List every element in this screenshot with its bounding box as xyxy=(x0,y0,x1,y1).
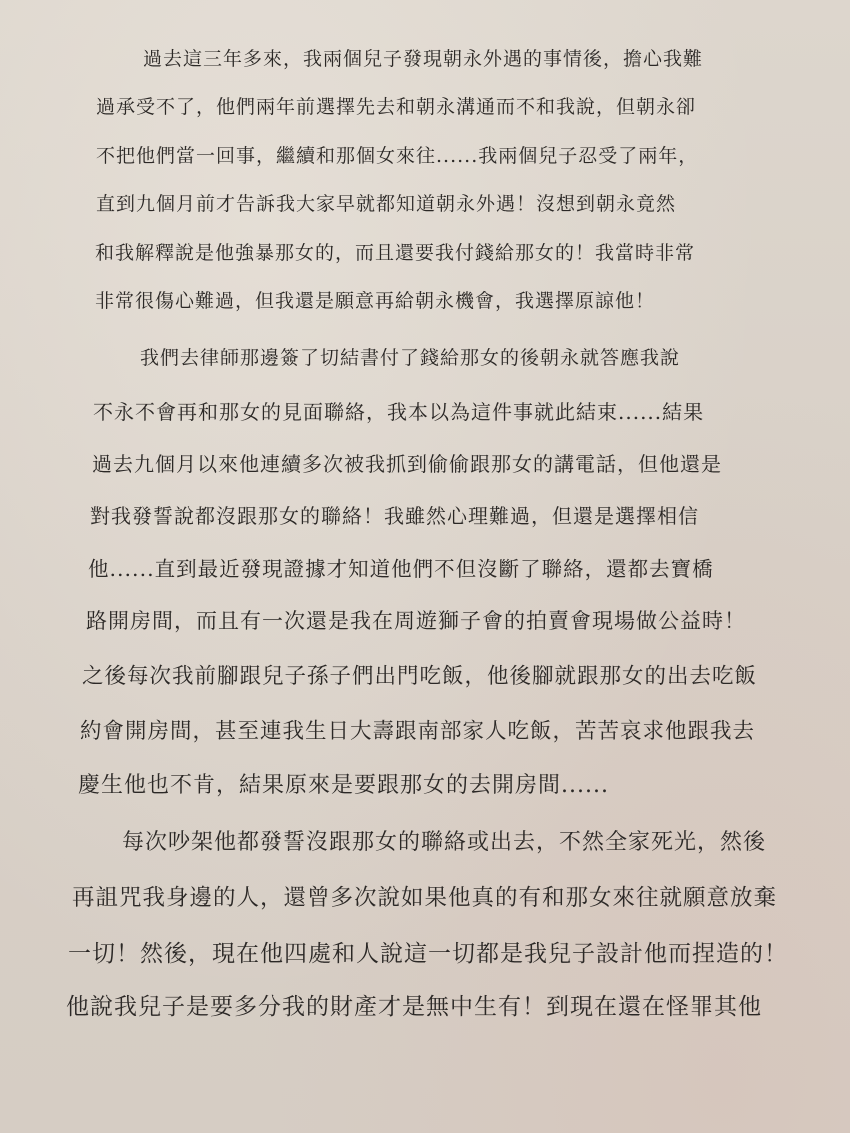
text-line: 和我解釋說是他強暴那女的，而且還要我付錢給那女的！我當時非常 xyxy=(95,238,695,265)
text-line: 直到九個月前才告訴我大家早就都知道朝永外遇！沒想到朝永竟然 xyxy=(96,189,676,216)
text-line: 不把他們當一回事，繼續和那個女來往......我兩個兒子忍受了兩年， xyxy=(96,141,698,168)
text-line: 對我發誓說都沒跟那女的聯絡！我雖然心理難過，但還是選擇相信 xyxy=(90,500,699,529)
text-line: 不永不會再和那女的見面聯絡，我本以為這件事就此結束......結果 xyxy=(93,396,704,425)
text-line: 路開房間，而且有一次還是我在周遊獅子會的拍賣會現場做公益時！ xyxy=(86,605,746,635)
text-line: 過去九個月以來他連續多次被我抓到偷偷跟那女的講電話，但他還是 xyxy=(92,448,722,477)
text-line: 我們去律師那邊簽了切結書付了錢給那女的後朝永就答應我說 xyxy=(140,343,680,370)
text-line: 一切！然後，現在他四處和人說這一切都是我兒子設計他而捏造的！ xyxy=(68,935,788,968)
text-line: 過去這三年多來，我兩個兒子發現朝永外遇的事情後，擔心我難 xyxy=(143,44,703,71)
text-line: 他......直到最近發現證據才知道他們不但沒斷了聯絡，還都去寶橋 xyxy=(88,552,714,582)
text-line: 他說我兒子是要多分我的財產才是無中生有！到現在還在怪罪其他 xyxy=(66,988,762,1021)
text-line: 約會開房間，甚至連我生日大壽跟南部家人吃飯，苦苦哀求他跟我去 xyxy=(80,714,755,745)
text-line: 非常很傷心難過，但我還是願意再給朝永機會，我選擇原諒他！ xyxy=(95,286,655,313)
letter-page: 過去這三年多來，我兩個兒子發現朝永外遇的事情後，擔心我難 過承受不了，他們兩年前… xyxy=(0,0,850,1133)
text-line: 之後每次我前腳跟兒子孫子們出門吃飯，他後腳就跟那女的出去吃飯 xyxy=(82,659,757,690)
text-line: 再詛咒我身邊的人，還曾多次說如果他真的有和那女來往就願意放棄 xyxy=(72,880,777,912)
text-line: 慶生他也不肯，結果原來是要跟那女的去開房間...... xyxy=(78,768,609,799)
text-line: 每次吵架他都發誓沒跟那女的聯絡或出去，不然全家死光，然後 xyxy=(122,825,766,856)
text-line: 過承受不了，他們兩年前選擇先去和朝永溝通而不和我說，但朝永卻 xyxy=(96,92,696,119)
